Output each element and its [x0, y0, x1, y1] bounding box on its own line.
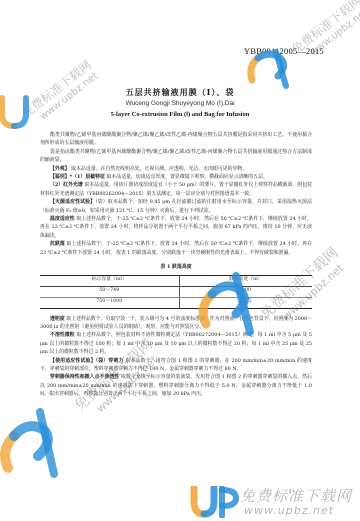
drop-paragraph: 抗跌落 取上述样品数个，于-25 ℃±2 ℃条件下，放置 24 小时，然后在 5… [40, 240, 312, 257]
identification-1-heading: *（1）层截特征 [70, 174, 105, 180]
sterilization-paragraph: 【灭菌适应性试验】（袋）取本品数个，加经 0.45 μm 孔径滤膜过滤的注射用水… [40, 198, 312, 215]
particles-paragraph: 不溶性微粒 取上述样品数个，照包装材料不溶性微粒测定法（YBB00272004—… [40, 331, 312, 356]
document-page: YBB00112005—2015 五层共挤输液用膜（Ⅰ）、袋 Wuceng Go… [0, 0, 360, 521]
table-cell: 750～1000 [40, 297, 179, 308]
appearance-paragraph: 【外观】 取本品适量，在自然光线明亮处，正视目测。应透明、光洁、无肉眼可见的异物… [40, 165, 312, 173]
identification-2-heading: （2）红外光谱 [50, 182, 83, 188]
watermark-text-top-right: 免费标准下载网 www.upbz.net [288, 0, 360, 66]
temperature-text: 取上述样品数个，于-25 ℃±2 ℃条件下，放置 24 小时，然后在 50 ℃±… [40, 216, 312, 239]
temperature-heading: 温度适应性 [50, 216, 75, 222]
particles-heading: 不溶性微粒 [50, 332, 75, 338]
table-header: 标示容量（ml） [40, 275, 179, 286]
identification-paragraph-1: 【鉴别】*（1）层截特征 取本品适量，切成适宜厚度，置显微镜下观察，横截面应显示… [40, 173, 312, 181]
up-logo-icon [190, 486, 240, 518]
intro-paragraph-1: 酯类共聚物/乙烯甲基丙烯酸酯聚合物/聚乙烯/聚乙烯/改性乙烯-丙烯聚合物五层共挤… [40, 131, 312, 148]
usage-heading: 【使用适应性试验】 [50, 358, 96, 364]
table-cell: 50～749 [40, 286, 179, 297]
appearance-text: 取本品适量，在自然光线明亮处，正视目测。应透明、光洁、无肉眼可见的异物。 [71, 166, 247, 172]
up-logo-icon [0, 408, 60, 478]
watermark-site-url-large: www.upbz.net [244, 504, 334, 517]
identification-heading: 【鉴别】 [50, 174, 70, 180]
transparency-heading: 透明度 [50, 316, 65, 322]
watermark-site-name-large: 免费标准下载网 [240, 485, 352, 506]
drop-text: 取上述样品数个，于-25 ℃±2 ℃条件下，放置 24 小时，然后在 50 ℃±… [40, 241, 312, 255]
drop-heading: 抗跌落 [50, 241, 65, 247]
appearance-heading: 【外观】 [50, 166, 70, 172]
usage-paragraph: 【使用适应性试验】（袋）穿刺力 取本品数个，用符合图 1 和图 2 的穿刺器，在… [40, 357, 312, 374]
sterilization-heading: 【灭菌适应性试验】 [50, 199, 95, 205]
table-caption: 表 1 跌落高度 [40, 263, 312, 271]
identification-paragraph-2: （2）红外光谱 取本品适量，用切片器切成厚度适宜（小于 50 μm）的薄片，置于… [40, 181, 312, 198]
temperature-paragraph: 温度适应性 取上述样品数个，于-25 ℃±2 ℃条件下，放置 24 小时，然后在… [40, 215, 312, 240]
table-header-row: 标示容量（ml） 跌落高度（m） [40, 275, 312, 286]
particles-text: 取上述样品数个，照包装材料不溶性微粒测定法（YBB00272004—2015）测… [40, 332, 312, 355]
document-body: 酯类共聚物/乙烯甲基丙烯酸酯聚合物/聚乙烯/聚乙烯/改性乙烯-丙烯聚合物五层共挤… [40, 131, 312, 399]
intro-paragraph-2: 袋是指由酯类共聚物/乙烯甲基丙烯酸酯聚合物/聚乙烯/聚乙烯/改性乙烯-丙烯聚合物… [40, 148, 312, 165]
identification-1-text: 取本品适量，切成适宜厚度，置显微镜下观察，横截面应显示清晰的五层。 [106, 174, 267, 180]
